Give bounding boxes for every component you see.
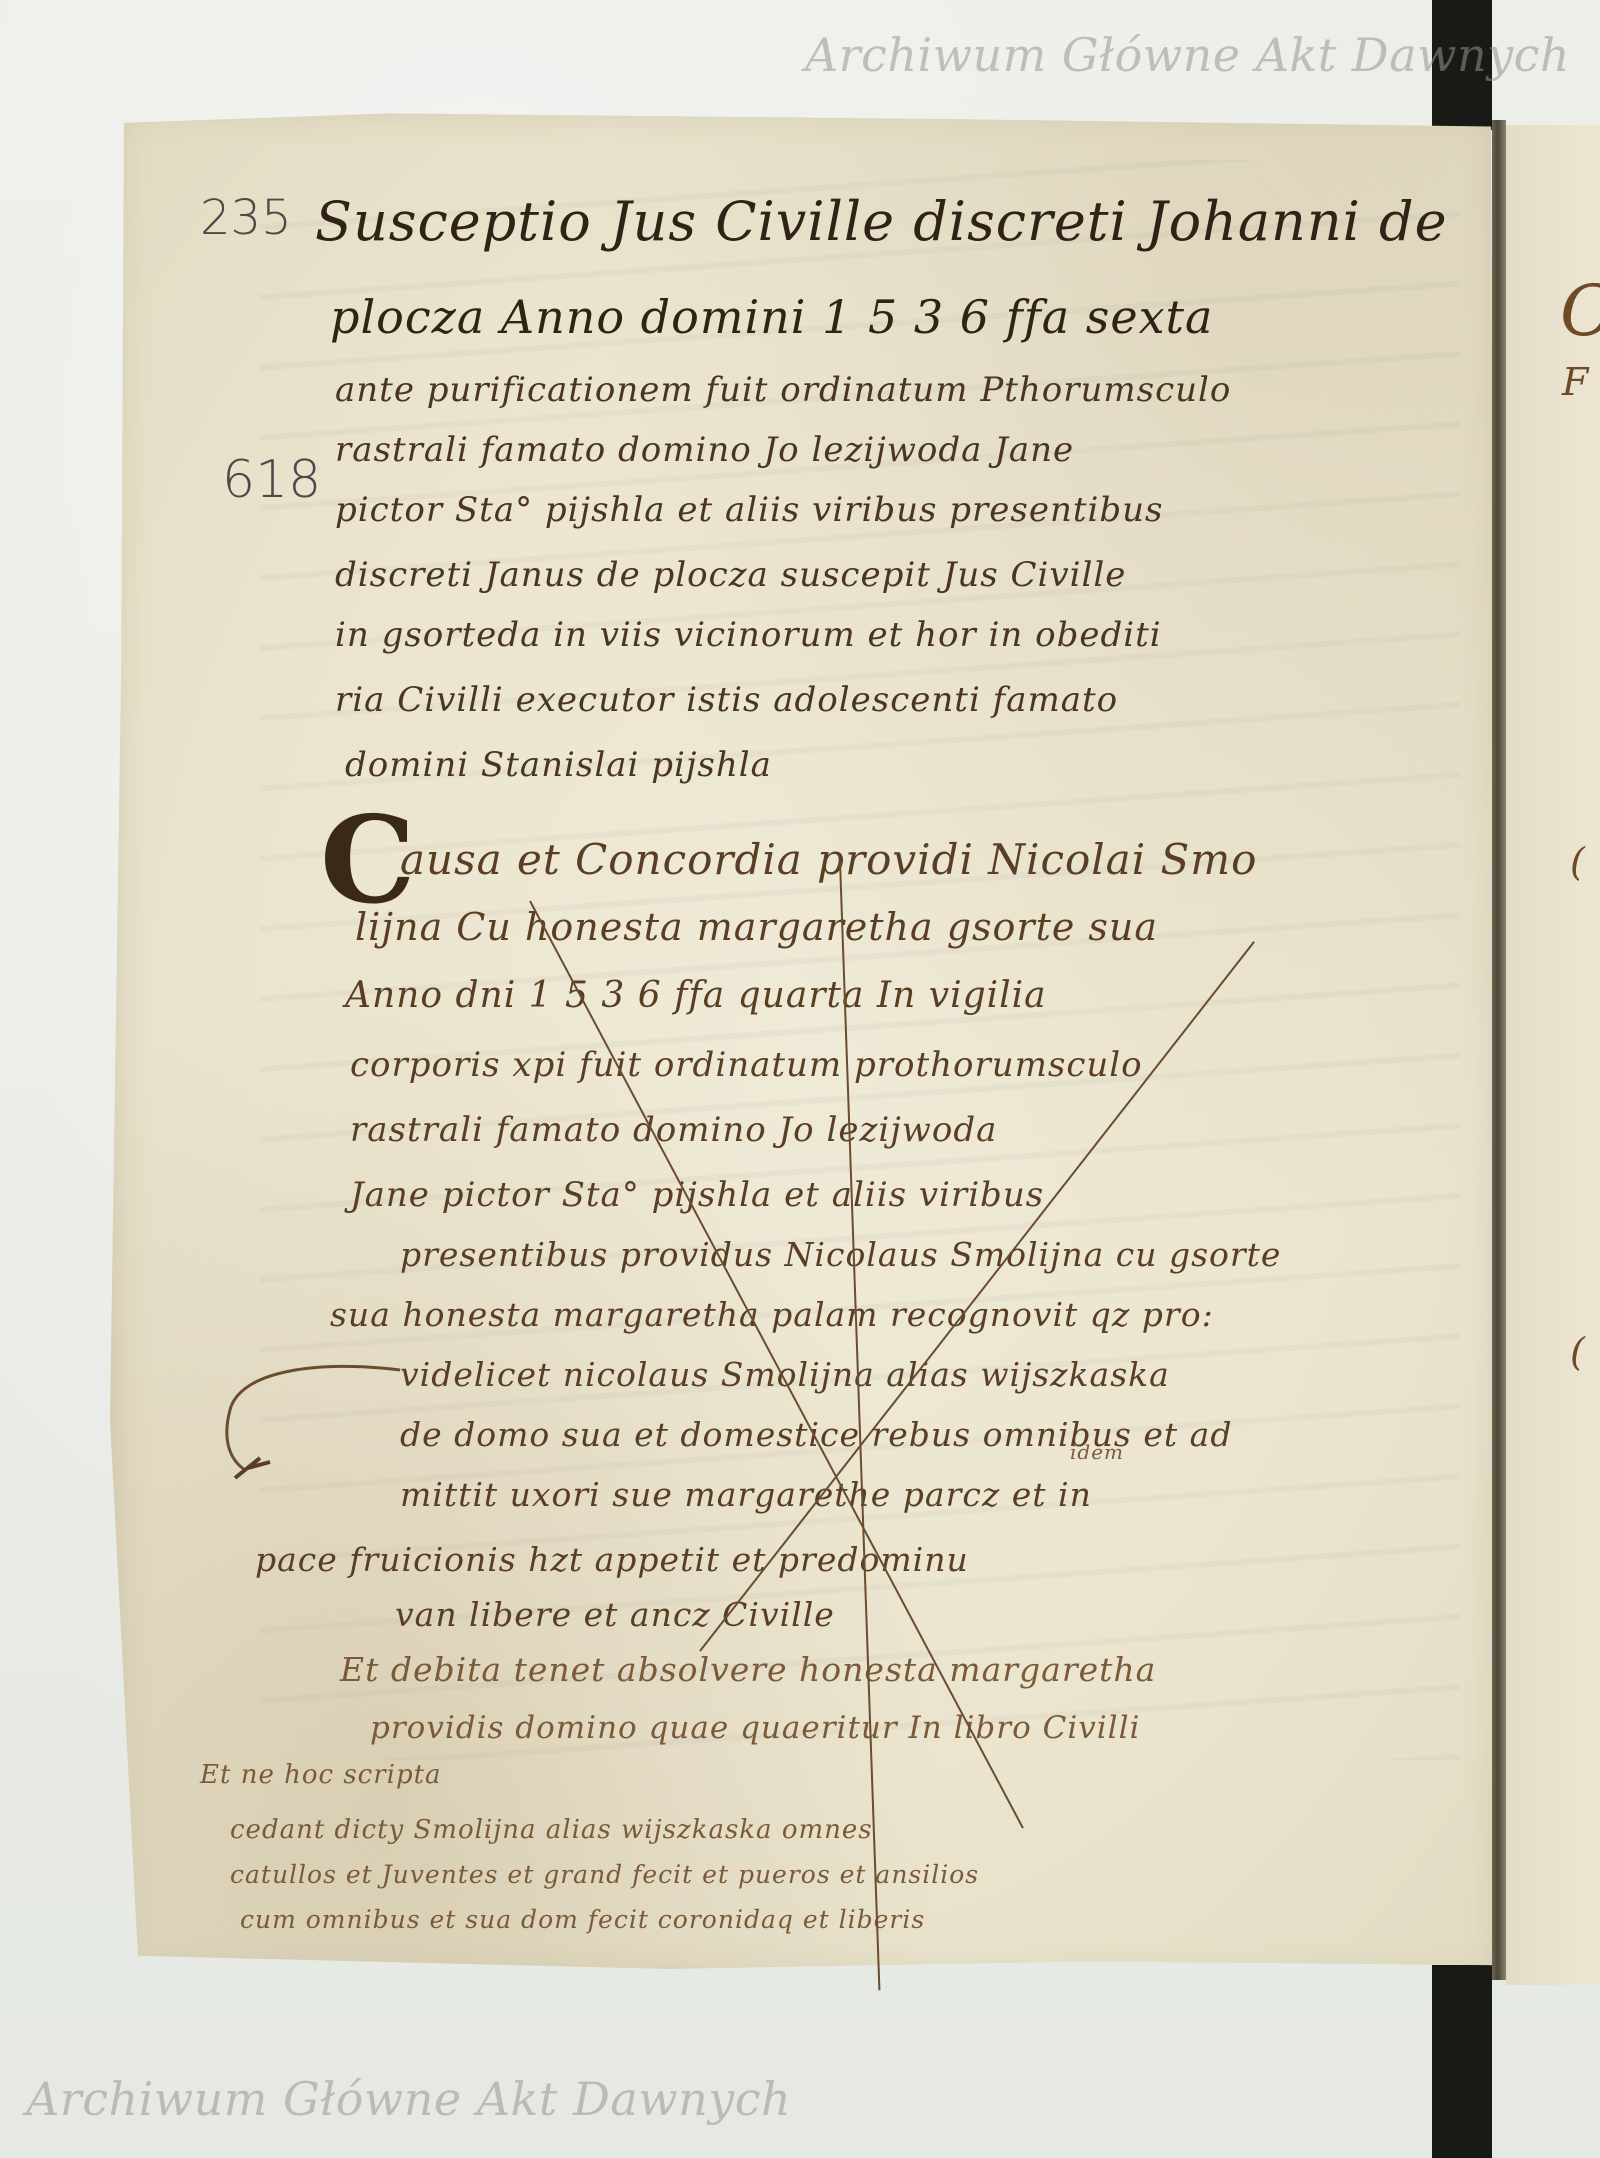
manuscript-line: lijna Cu honesta margaretha gsorte sua [355,905,1158,949]
folio-number-side: 618 [222,450,321,510]
manuscript-line: corporis xpi fuit ordinatum prothorumscu… [350,1045,1143,1085]
manuscript-line: cum omnibus et sua dom fecit coronidaq e… [240,1905,925,1934]
interlinear-note: idem [1070,1440,1124,1464]
manuscript-page-right-edge [1506,125,1600,1985]
manuscript-line: mittit uxori sue margarethe parcz et in [400,1475,1092,1514]
manuscript-line: ante purificationem fuit ordinatum Pthor… [335,370,1231,410]
manuscript-line: ria Civilli executor istis adolescenti f… [335,680,1118,720]
binding-strip-top [1432,0,1492,130]
right-page-fragment: ( [1570,840,1585,884]
manuscript-line: Anno dni 1 5 3 6 ffa quarta In vigilia [345,975,1047,1016]
manuscript-line: discreti Janus de plocza suscepit Jus Ci… [335,555,1126,595]
manuscript-line: van libere et ancz Civille [395,1595,835,1634]
manuscript-line: rastrali famato domino Jo lezijwoda [350,1110,997,1150]
manuscript-line: in gsorteda in viis vicinorum et hor in … [335,615,1162,655]
right-page-fragment: ( [1570,1330,1585,1374]
manuscript-line: presentibus providus Nicolaus Smolijna c… [400,1235,1281,1274]
manuscript-line: catullos et Juventes et grand fecit et p… [230,1860,979,1889]
manuscript-line: plocza Anno domini 1 5 3 6 ffa sexta [330,290,1213,344]
manuscript-line: ausa et Concordia providi Nicolai Smo [400,835,1257,884]
manuscript-line: pictor Sta° pijshla et aliis viribus pre… [335,490,1164,530]
manuscript-line: Susceptio Jus Civille discreti Johanni d… [315,190,1448,253]
manuscript-line: sua honesta margaretha palam recognovit … [330,1295,1214,1334]
right-page-fragment: F [1562,360,1588,404]
manuscript-line: videlicet nicolaus Smolijna alias wijszk… [400,1355,1170,1394]
right-page-fragment: C [1560,270,1600,352]
manuscript-line: Et ne hoc scripta [200,1760,442,1790]
folio-number-top: 235 [200,190,292,246]
binding-strip-bottom [1432,1965,1492,2158]
manuscript-line: providis domino quae quaeritur In libro … [370,1710,1140,1746]
manuscript-line: rastrali famato domino Jo lezijwoda Jane [335,430,1074,470]
manuscript-line: Et debita tenet absolvere honesta margar… [340,1650,1156,1689]
manuscript-line: cedant dicty Smolijna alias wijszkaska o… [230,1815,873,1845]
manuscript-line: pace fruicionis hzt appetit et predominu [255,1540,969,1579]
marginal-pointer-arrow-icon [200,1350,420,1500]
manuscript-line: Jane pictor Sta° pijshla et aliis viribu… [350,1175,1044,1215]
gutter-fold [1492,120,1506,1980]
manuscript-line: domini Stanislai pijshla [345,745,772,785]
